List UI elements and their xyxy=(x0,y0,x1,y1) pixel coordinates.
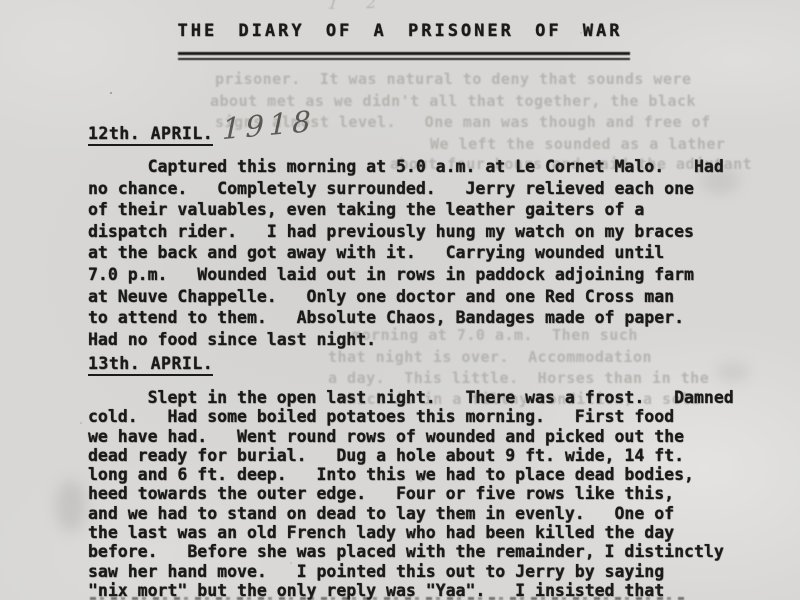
paper-smudge xyxy=(716,362,750,382)
bleed-through-line: that night is over. Accommodation xyxy=(328,348,652,366)
paper-smudge xyxy=(56,480,86,532)
title-underline-rule xyxy=(178,52,630,60)
text-line: heed towards the outer edge. Four or fiv… xyxy=(88,484,748,503)
bleed-through-line: We left the sounded as a lather xyxy=(430,135,725,153)
text-line: at the back and got away with it. Carryi… xyxy=(88,242,748,264)
text-line: and we had to stand on dead to lay them … xyxy=(88,504,748,523)
text-line: Had no food since last night. xyxy=(88,329,748,351)
text-line: to attend to them. Absolute Chaos, Banda… xyxy=(88,307,748,329)
bleed-through-line: prisoner. It was natural to deny that so… xyxy=(215,70,692,88)
bleed-through-line: a day. This little. Horses than in the xyxy=(328,369,709,387)
diary-paragraph: Captured this morning at 5.0 a.m. at Le … xyxy=(88,156,748,350)
text-line: 7.0 p.m. Wounded laid out in rows in pad… xyxy=(88,264,748,286)
paper-speck xyxy=(110,92,112,94)
entry-date-heading: 13th. APRIL. xyxy=(88,354,213,376)
pencil-mark: 2 xyxy=(365,0,376,12)
entry-date-heading: 12th. APRIL. xyxy=(88,124,213,146)
page-title: THE DIARY OF A PRISONER OF WAR xyxy=(0,21,800,41)
pencil-mark: 1 xyxy=(327,0,339,13)
text-line: long and 6 ft. deep. Into this we had to… xyxy=(88,465,748,484)
text-line: before. Before she was placed with the r… xyxy=(88,542,748,561)
text-line: the last was an old French lady who had … xyxy=(88,523,748,542)
text-line: no chance. Completely surrounded. Jerry … xyxy=(88,178,748,200)
text-line: Captured this morning at 5.0 a.m. at Le … xyxy=(88,156,748,178)
text-line: Slept in the open last night. There was … xyxy=(88,388,748,407)
handwritten-year: 1918 xyxy=(222,104,316,146)
text-line: cold. Had some boiled potatoes this morn… xyxy=(88,407,748,426)
text-line: at Neuve Chappelle. Only one doctor and … xyxy=(88,286,748,308)
text-line: we have had. Went round rows of wounded … xyxy=(88,427,748,446)
text-line: dispatch rider. I had previously hung my… xyxy=(88,221,748,243)
text-line: of their valuables, even taking the leat… xyxy=(88,199,748,221)
diary-paragraph: Slept in the open last night. There was … xyxy=(88,388,748,600)
scanned-diary-page: prisoner. It was natural to deny that so… xyxy=(0,0,800,600)
text-line: dead ready for burial. Dug a hole about … xyxy=(88,446,748,465)
text-line: saw her hand move. I pointed this out to… xyxy=(88,562,748,581)
